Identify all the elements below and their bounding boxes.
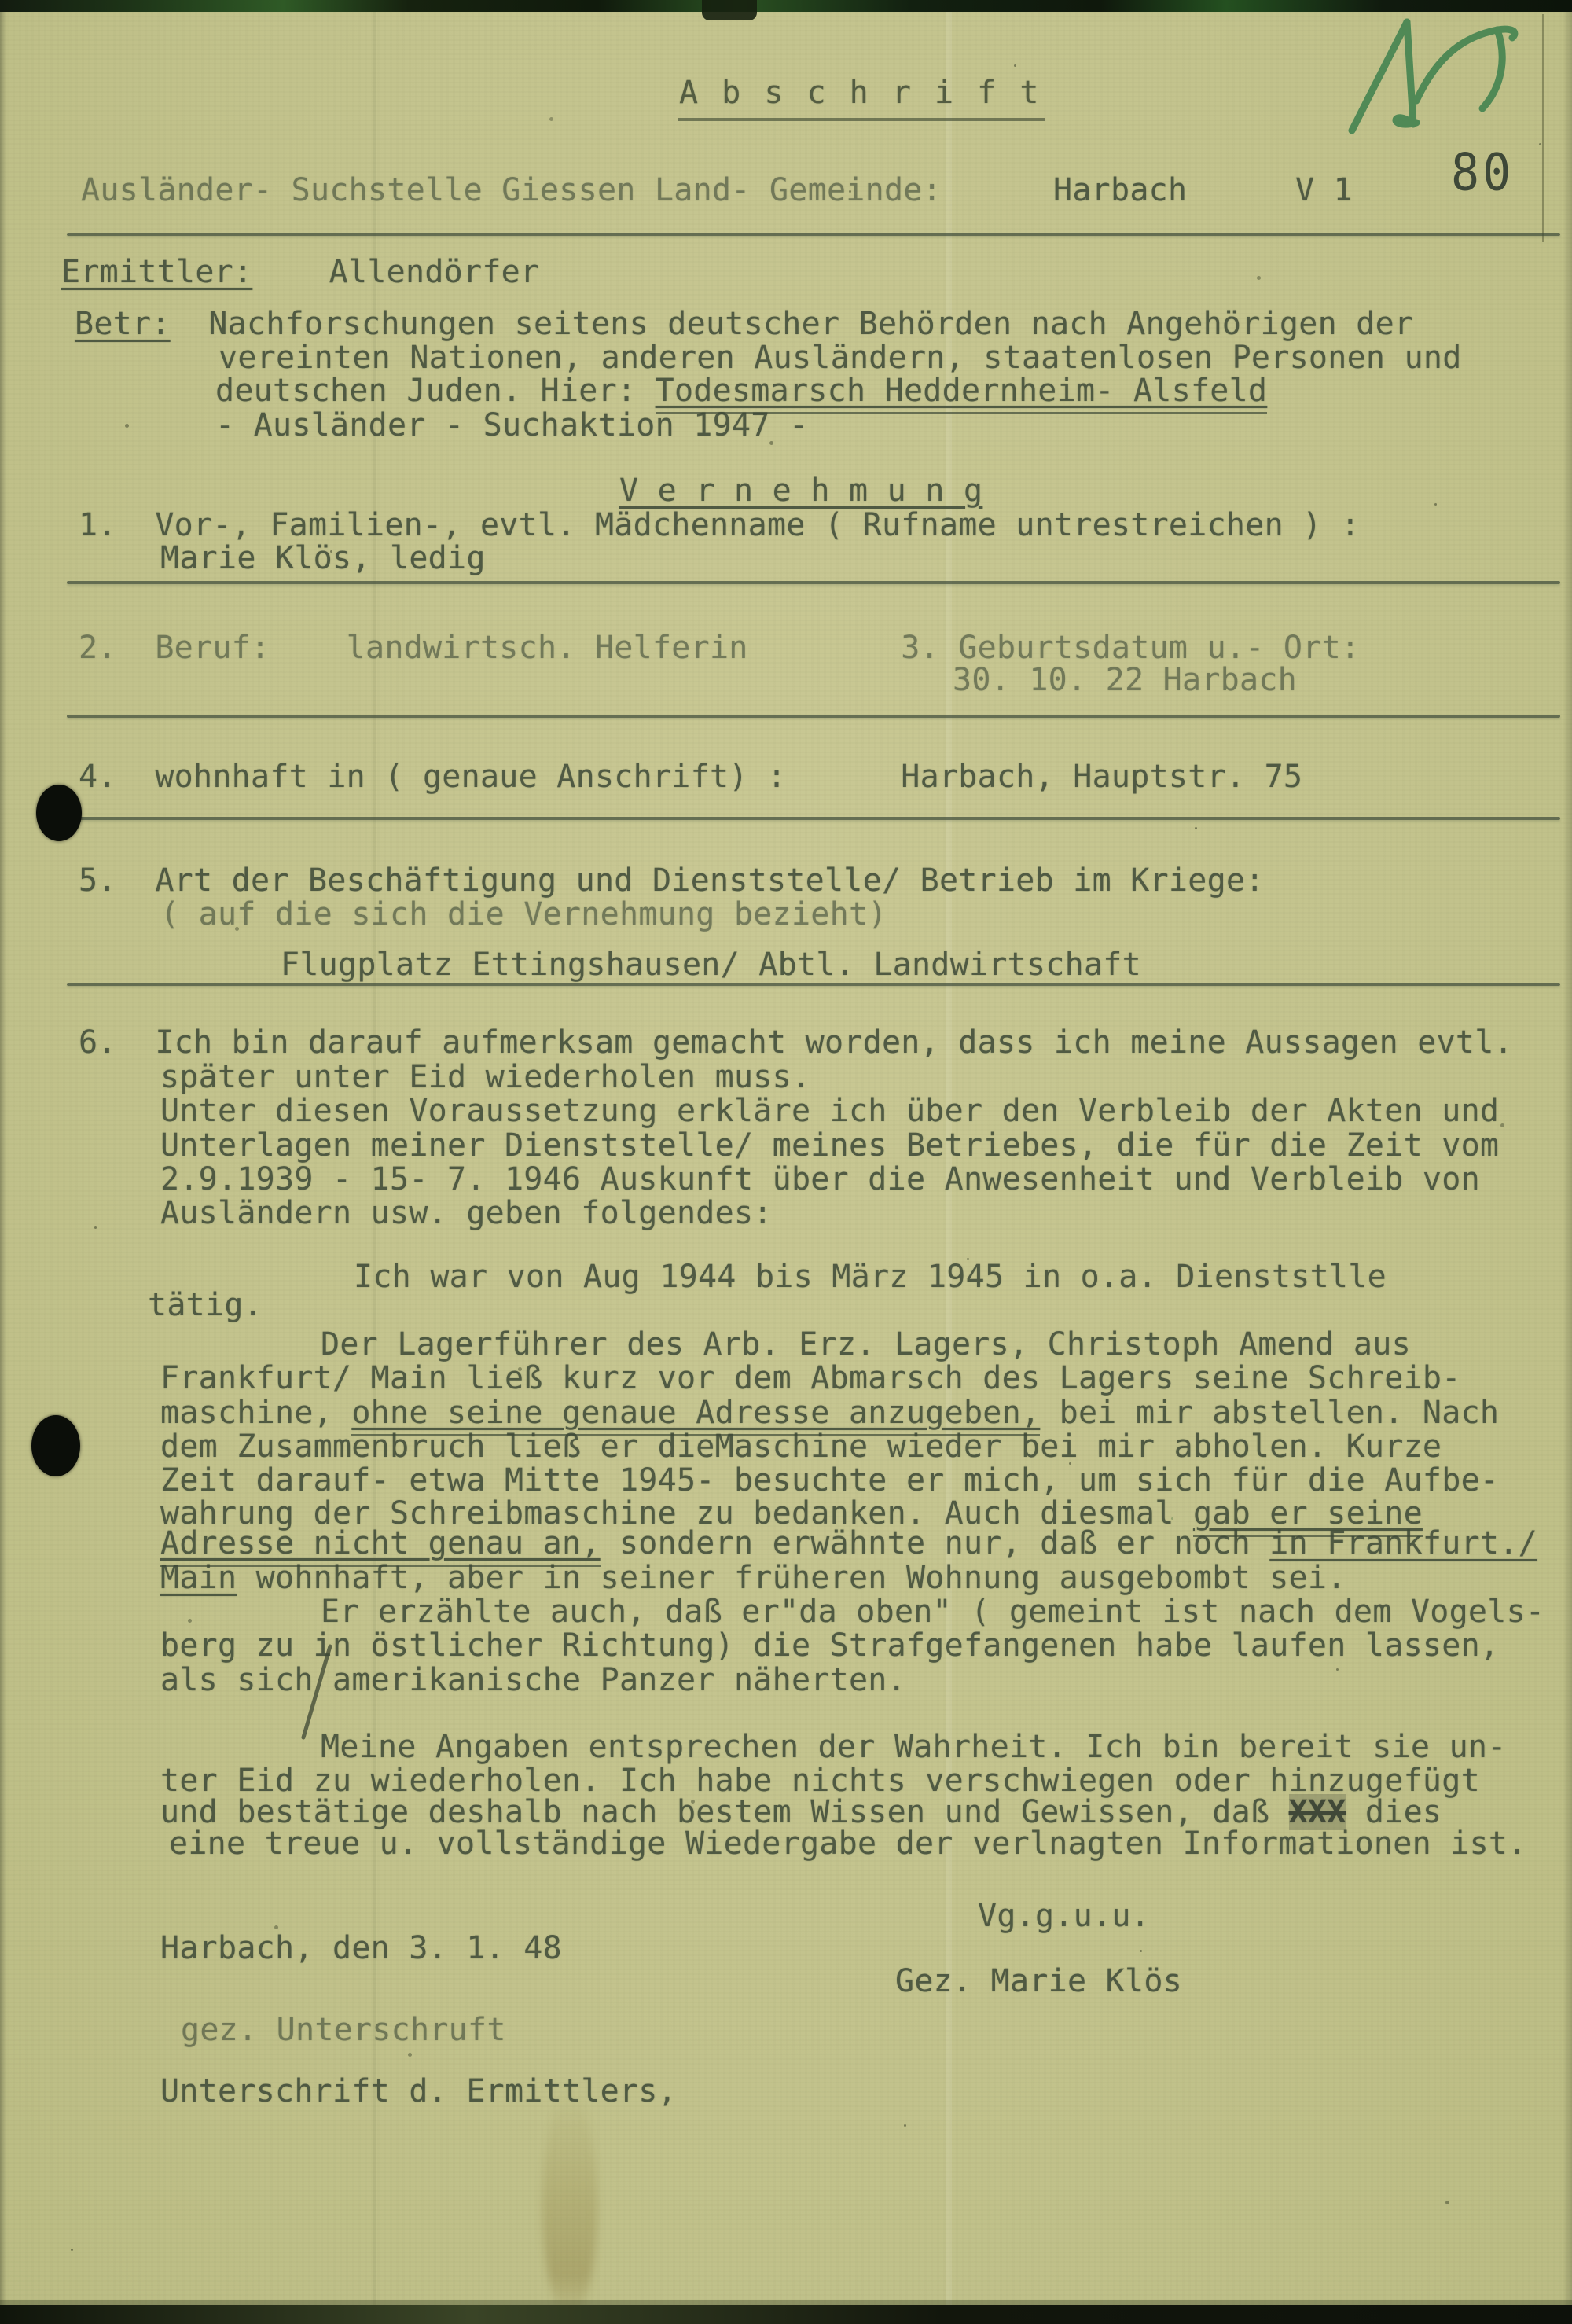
paper-crease bbox=[1542, 14, 1544, 242]
page-edge-bottom bbox=[0, 2305, 1572, 2324]
q6-line-4: Unterlagen meiner Dienststelle/ meines B… bbox=[160, 1130, 1499, 1161]
document-title: A b s c h r i f t bbox=[678, 75, 1045, 121]
q6-line-3: Unter diesen Voraussetzung erkläre ich ü… bbox=[160, 1095, 1499, 1127]
statement-line-10: Main wohnhaft, aber in seiner früheren W… bbox=[160, 1562, 1346, 1594]
header-file-ref: V 1 bbox=[1295, 175, 1353, 206]
page-number-stamp: 80 bbox=[1451, 148, 1514, 199]
q6-line-5: 2.9.1939 - 15- 7. 1946 Auskunft über die… bbox=[160, 1164, 1480, 1195]
statement-line-9: Adresse nicht genau an, sondern erwähnte… bbox=[160, 1528, 1537, 1559]
divider-line bbox=[67, 983, 1560, 986]
signature-note: gez. Unterschruft bbox=[181, 2014, 506, 2046]
signature-deponent: Gez. Marie Klös bbox=[895, 1965, 1182, 1997]
statement-line-1: Ich war von Aug 1944 bis März 1945 in o.… bbox=[354, 1261, 1387, 1293]
divider-line bbox=[67, 817, 1560, 820]
q1-answer: Marie Klös, ledig bbox=[160, 542, 486, 574]
q1-line: 1. Vor-, Familien-, evtl. Mädchenname ( … bbox=[79, 509, 1360, 541]
header-office-line: Ausländer- Suchstelle Giessen Land- Geme… bbox=[81, 175, 942, 206]
page-edge-top bbox=[0, 0, 1572, 12]
q4-line: 4. wohnhaft in ( genaue Anschrift) : Har… bbox=[79, 761, 1302, 792]
statement-line-7: Zeit darauf- etwa Mitte 1945- besuchte e… bbox=[160, 1465, 1499, 1496]
page-edge-left bbox=[0, 0, 6, 2324]
q6-line-1: 6. Ich bin darauf aufmerksam gemacht wor… bbox=[79, 1027, 1513, 1058]
header-municipality: Harbach bbox=[1053, 175, 1187, 206]
statement-line-2: tätig. bbox=[148, 1289, 263, 1321]
statement-line-5: maschine, ohne seine genaue Adresse anzu… bbox=[160, 1397, 1499, 1429]
statement-line-12: berg zu in östlicher Richtung) die Straf… bbox=[160, 1630, 1499, 1661]
subject-line-1: Betr: Nachforschungen seitens deutscher … bbox=[75, 308, 1413, 340]
subject-line-2: vereinten Nationen, anderen Ausländern, … bbox=[219, 342, 1462, 373]
q5-line-1: 5. Art der Beschäftigung und Dienststell… bbox=[79, 865, 1265, 896]
document-scan: { "document": { "title": "A b s c h r i … bbox=[0, 0, 1572, 2324]
subject-line-3: deutschen Juden. Hier: Todesmarsch Hedde… bbox=[215, 375, 1267, 406]
q5-answer: Flugplatz Ettingshausen/ Abtl. Landwirts… bbox=[281, 949, 1141, 980]
divider-line bbox=[67, 233, 1560, 236]
q6-line-6: Ausländern usw. geben folgendes: bbox=[160, 1197, 773, 1229]
handwritten-mark bbox=[1320, 6, 1533, 144]
investigator-line: Ermittler: Allendörfer bbox=[61, 256, 539, 288]
q6-line-2: später unter Eid wiederholen muss. bbox=[160, 1061, 810, 1093]
paper-stain bbox=[542, 2091, 597, 2319]
statement-line-4: Frankfurt/ Main ließ kurz vor dem Abmars… bbox=[160, 1362, 1461, 1394]
statement-line-8: wahrung der Schreibmaschine zu bedanken.… bbox=[160, 1498, 1423, 1529]
statement-line-11: Er erzählte auch, daß er"da oben" ( geme… bbox=[321, 1596, 1544, 1627]
statement-line-15: ter Eid zu wiederholen. Ich habe nichts … bbox=[160, 1765, 1480, 1796]
statement-line-13: als sich amerikanische Panzer näherten. bbox=[160, 1664, 906, 1696]
q2-q3-line: 2. Beruf: landwirtsch. Helferin 3. Gebur… bbox=[79, 632, 1360, 664]
statement-line-3: Der Lagerführer des Arb. Erz. Lagers, Ch… bbox=[321, 1329, 1411, 1360]
subject-line-4: - Ausländer - Suchaktion 1947 - bbox=[215, 410, 808, 441]
punch-hole bbox=[36, 785, 82, 841]
place-date-line: Harbach, den 3. 1. 48 bbox=[160, 1932, 562, 1964]
page-edge-right bbox=[1563, 0, 1572, 2324]
q5-line-2: ( auf die sich die Vernehmung bezieht) bbox=[160, 899, 887, 930]
statement-line-6: dem Zusammenbruch ließ er dieMaschine wi… bbox=[160, 1431, 1442, 1462]
statement-line-17: eine treue u. vollständige Wiedergabe de… bbox=[169, 1828, 1527, 1859]
statement-line-16: und bestätige deshalb nach bestem Wissen… bbox=[160, 1796, 1442, 1828]
q3-answer: 30. 10. 22 Harbach bbox=[953, 664, 1297, 696]
divider-line bbox=[67, 715, 1560, 718]
statement-line-14: Meine Angaben entsprechen der Wahrheit. … bbox=[321, 1731, 1507, 1763]
page-edge-notch bbox=[702, 0, 757, 20]
signature-investigator-label: Unterschrift d. Ermittlers, bbox=[160, 2076, 677, 2107]
punch-hole bbox=[31, 1415, 80, 1476]
section-heading-vernehmung: V e r n e h m u n g bbox=[619, 475, 982, 506]
closing-formula: Vg.g.u.u. bbox=[978, 1900, 1150, 1932]
divider-line bbox=[67, 581, 1560, 584]
